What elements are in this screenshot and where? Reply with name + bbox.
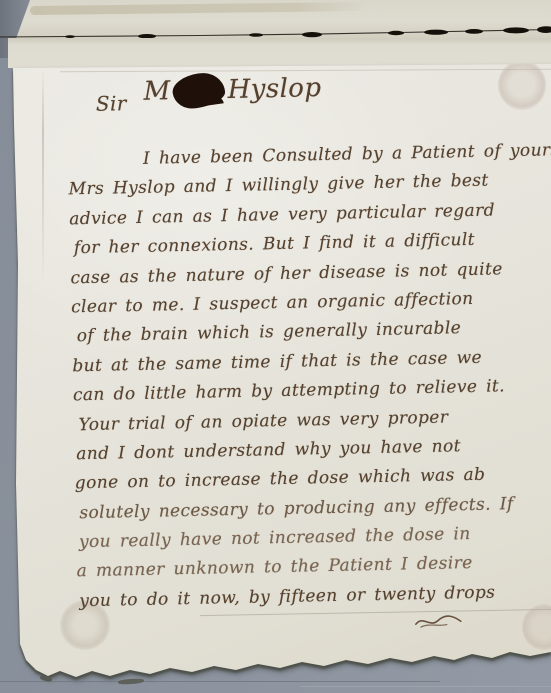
addressee-surname: Hyslop xyxy=(227,73,321,105)
letter-sheet: Sir MHyslop I have been Consulted by a P… xyxy=(10,64,551,678)
scan-bed-seam-light xyxy=(300,686,551,687)
pen-flourish xyxy=(413,612,465,631)
addressee-line: MHyslop xyxy=(143,71,321,107)
handwritten-letter: Sir MHyslop I have been Consulted by a P… xyxy=(3,58,551,683)
addressee-prefix: M xyxy=(143,76,171,107)
ink-blot xyxy=(171,70,227,111)
salutation: Sir xyxy=(96,91,127,116)
scan-background: Sir MHyslop I have been Consulted by a P… xyxy=(0,0,551,693)
letter-body: I have been Consulted by a Patient of yo… xyxy=(5,140,551,621)
letter-sheet-wrap: Sir MHyslop I have been Consulted by a P… xyxy=(10,64,551,678)
scan-bed-seam xyxy=(0,681,440,682)
page-edge-band xyxy=(30,2,366,15)
paper-debris xyxy=(118,678,144,685)
